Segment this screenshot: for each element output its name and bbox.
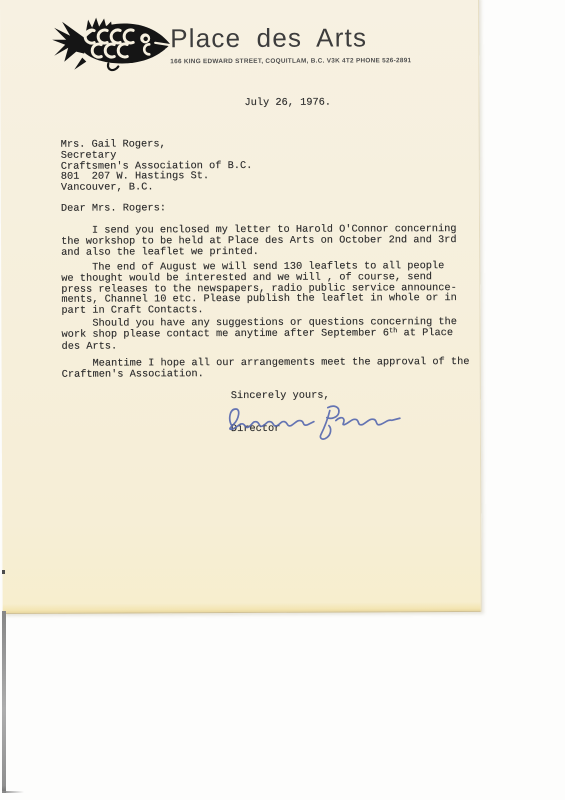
underlying-page-edge-foot — [2, 791, 24, 793]
closing-line: Sincerely yours, — [231, 391, 330, 402]
paragraph-2: The end of August we will send 130 leafl… — [61, 261, 457, 317]
underlying-page-edge — [2, 611, 6, 793]
letter-paper: Place des Arts 166 KING EDWARD STREET, C… — [0, 0, 482, 614]
ordinal-suffix: th — [389, 327, 397, 335]
fish-logo-icon — [52, 13, 177, 76]
salutation: Dear Mrs. Rogers: — [61, 203, 166, 214]
paragraph-4: Meantime I hope all our arrangements mee… — [62, 357, 470, 380]
recipient-address-block: Mrs. Gail Rogers, Secretary Craftsmen's … — [61, 139, 253, 194]
date-line: July 26, 1976. — [244, 98, 331, 109]
org-name: Place des Arts — [170, 23, 411, 52]
org-address: 166 KING EDWARD STREET, COQUITLAM, B.C. … — [170, 57, 411, 65]
signer-title: Director — [231, 424, 280, 435]
scan-background: Place des Arts 166 KING EDWARD STREET, C… — [0, 0, 565, 800]
paragraph-3: Should you have any suggestions or quest… — [61, 317, 457, 352]
scan-speck — [2, 570, 5, 574]
paragraph-1: I send you enclosed my letter to Harold … — [61, 224, 457, 258]
